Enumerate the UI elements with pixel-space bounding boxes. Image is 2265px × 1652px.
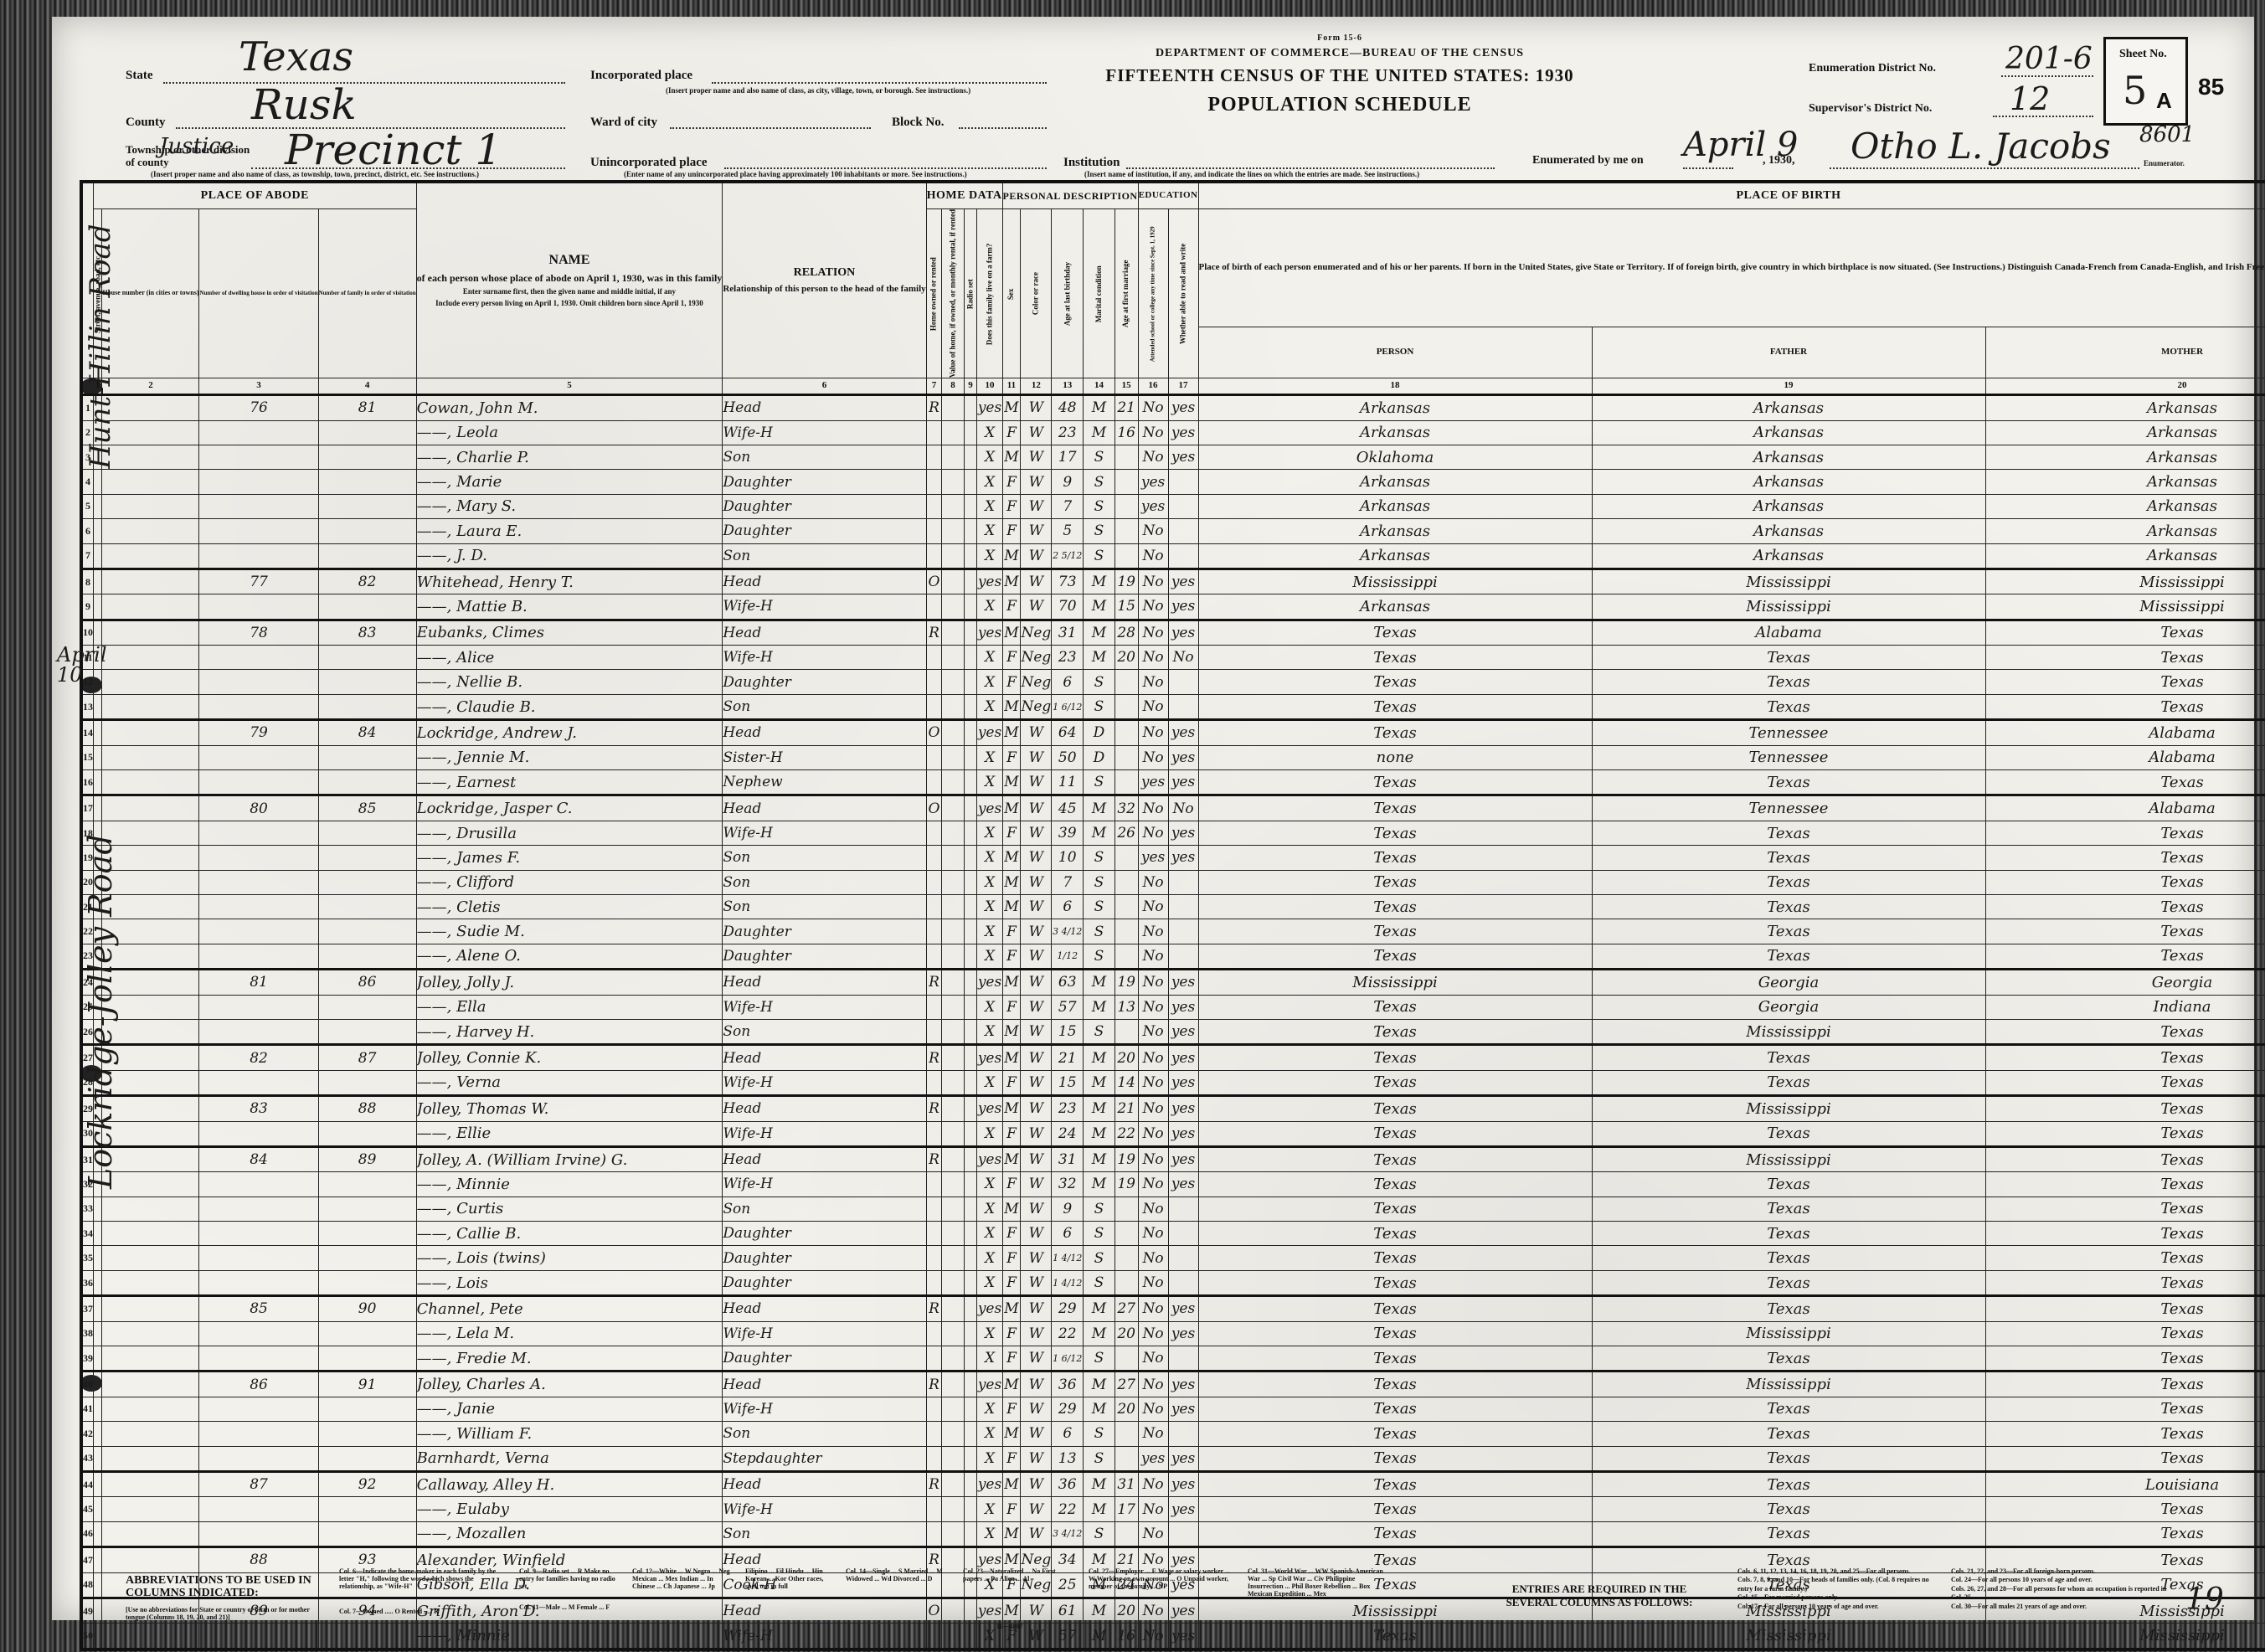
birthplace-father-cell[interactable]: Mississippi (1592, 1019, 1985, 1044)
age-cell[interactable]: 22 (1052, 1321, 1084, 1346)
marital-cell[interactable]: M (1084, 1045, 1114, 1070)
school-cell[interactable]: No (1138, 1598, 1168, 1623)
school-cell[interactable]: No (1138, 646, 1168, 670)
age-first-marriage-cell[interactable]: 32 (1114, 795, 1138, 821)
person-name-cell[interactable]: ——, Minnie (416, 1172, 723, 1197)
read-write-cell[interactable] (1168, 919, 1198, 944)
birthplace-mother-cell[interactable]: Texas (1985, 919, 2265, 944)
age-first-marriage-cell[interactable]: 20 (1114, 1598, 1138, 1623)
birthplace-person-cell[interactable]: Texas (1198, 1471, 1592, 1496)
birthplace-mother-cell[interactable]: Texas (1985, 894, 2265, 919)
age-cell[interactable]: 13 (1052, 1446, 1084, 1471)
relationship-cell[interactable]: Son (723, 894, 926, 919)
race-cell[interactable]: W (1021, 795, 1052, 821)
race-cell[interactable]: W (1021, 919, 1052, 944)
read-write-cell[interactable]: yes (1168, 846, 1198, 870)
sex-cell[interactable]: M (1002, 543, 1021, 569)
radio-cell[interactable] (964, 646, 977, 670)
home-owned-cell[interactable] (926, 470, 942, 494)
school-cell[interactable]: No (1138, 1521, 1168, 1546)
age-cell[interactable]: 9 (1052, 470, 1084, 494)
relationship-cell[interactable]: Son (723, 870, 926, 894)
relationship-cell[interactable]: Daughter (723, 919, 926, 944)
race-cell[interactable]: W (1021, 395, 1052, 420)
sex-cell[interactable]: M (1002, 395, 1021, 420)
birthplace-person-cell[interactable]: Texas (1198, 1121, 1592, 1146)
person-name-cell[interactable]: ——, Mary S. (416, 494, 723, 518)
person-name-cell[interactable]: ——, Callie B. (416, 1222, 723, 1246)
farm-cell[interactable]: yes (977, 1598, 1002, 1623)
birthplace-father-cell[interactable]: Texas (1592, 1497, 1985, 1521)
home-owned-cell[interactable] (926, 1446, 942, 1471)
radio-cell[interactable] (964, 1497, 977, 1521)
family-number-cell[interactable] (318, 470, 416, 494)
age-cell[interactable]: 45 (1052, 795, 1084, 821)
age-cell[interactable]: 31 (1052, 1146, 1084, 1171)
family-number-cell[interactable] (318, 944, 416, 969)
street-cell[interactable] (94, 1397, 102, 1421)
house-number-cell[interactable] (102, 1372, 199, 1397)
age-first-marriage-cell[interactable] (1114, 1197, 1138, 1221)
home-value-cell[interactable] (942, 694, 964, 719)
relationship-cell[interactable]: Daughter (723, 1222, 926, 1246)
home-owned-cell[interactable] (926, 1624, 942, 1649)
relationship-cell[interactable]: Wife-H (723, 646, 926, 670)
farm-cell[interactable]: X (977, 1172, 1002, 1197)
marital-cell[interactable]: M (1084, 1372, 1114, 1397)
age-cell[interactable]: 3 4/12 (1052, 919, 1084, 944)
home-owned-cell[interactable]: R (926, 1296, 942, 1321)
birthplace-father-cell[interactable]: Mississippi (1592, 1372, 1985, 1397)
house-number-cell[interactable] (102, 720, 199, 745)
family-number-cell[interactable] (318, 1019, 416, 1044)
school-cell[interactable]: No (1138, 1121, 1168, 1146)
age-cell[interactable]: 57 (1052, 995, 1084, 1019)
birthplace-father-cell[interactable]: Texas (1592, 1045, 1985, 1070)
street-cell[interactable] (94, 720, 102, 745)
dwelling-number-cell[interactable] (199, 1521, 318, 1546)
read-write-cell[interactable] (1168, 1246, 1198, 1270)
sex-cell[interactable]: M (1002, 1019, 1021, 1044)
person-name-cell[interactable]: Jolley, Jolly J. (416, 970, 723, 995)
dwelling-number-cell[interactable]: 85 (199, 1296, 318, 1321)
birthplace-father-cell[interactable]: Texas (1592, 1172, 1985, 1197)
age-first-marriage-cell[interactable] (1114, 944, 1138, 969)
marital-cell[interactable]: S (1084, 944, 1114, 969)
read-write-cell[interactable] (1168, 519, 1198, 543)
age-cell[interactable]: 23 (1052, 646, 1084, 670)
age-cell[interactable]: 17 (1052, 445, 1084, 469)
age-first-marriage-cell[interactable] (1114, 894, 1138, 919)
age-first-marriage-cell[interactable] (1114, 919, 1138, 944)
birthplace-father-cell[interactable]: Mississippi (1592, 1096, 1985, 1121)
family-number-cell[interactable] (318, 670, 416, 694)
read-write-cell[interactable] (1168, 494, 1198, 518)
school-cell[interactable]: yes (1138, 770, 1168, 795)
read-write-cell[interactable] (1168, 1346, 1198, 1372)
sex-cell[interactable]: F (1002, 919, 1021, 944)
birthplace-person-cell[interactable]: Texas (1198, 894, 1592, 919)
person-name-cell[interactable]: ——, Jennie M. (416, 745, 723, 769)
birthplace-person-cell[interactable]: Arkansas (1198, 543, 1592, 569)
home-owned-cell[interactable] (926, 870, 942, 894)
school-cell[interactable]: No (1138, 620, 1168, 645)
home-value-cell[interactable] (942, 1197, 964, 1221)
marital-cell[interactable]: S (1084, 1446, 1114, 1471)
home-value-cell[interactable] (942, 1270, 964, 1295)
house-number-cell[interactable] (102, 770, 199, 795)
radio-cell[interactable] (964, 694, 977, 719)
age-cell[interactable]: 1 6/12 (1052, 694, 1084, 719)
home-owned-cell[interactable] (926, 1121, 942, 1146)
school-cell[interactable]: No (1138, 944, 1168, 969)
school-cell[interactable]: No (1138, 543, 1168, 569)
home-owned-cell[interactable] (926, 1019, 942, 1044)
birthplace-person-cell[interactable]: Arkansas (1198, 420, 1592, 445)
farm-cell[interactable]: yes (977, 720, 1002, 745)
sex-cell[interactable]: F (1002, 646, 1021, 670)
person-name-cell[interactable]: ——, Laura E. (416, 519, 723, 543)
home-value-cell[interactable] (942, 1096, 964, 1121)
home-owned-cell[interactable] (926, 1246, 942, 1270)
street-cell[interactable] (94, 770, 102, 795)
birthplace-mother-cell[interactable]: Texas (1985, 1521, 2265, 1546)
radio-cell[interactable] (964, 1146, 977, 1171)
person-name-cell[interactable]: ——, Earnest (416, 770, 723, 795)
birthplace-person-cell[interactable]: Texas (1198, 1397, 1592, 1421)
radio-cell[interactable] (964, 594, 977, 620)
race-cell[interactable]: W (1021, 1624, 1052, 1649)
age-cell[interactable]: 21 (1052, 1045, 1084, 1070)
home-value-cell[interactable] (942, 1146, 964, 1171)
street-cell[interactable] (94, 1197, 102, 1221)
marital-cell[interactable]: S (1084, 1246, 1114, 1270)
birthplace-person-cell[interactable]: Texas (1198, 620, 1592, 645)
family-number-cell[interactable] (318, 919, 416, 944)
birthplace-mother-cell[interactable]: Texas (1985, 1372, 2265, 1397)
school-cell[interactable]: No (1138, 519, 1168, 543)
radio-cell[interactable] (964, 970, 977, 995)
sex-cell[interactable]: M (1002, 1372, 1021, 1397)
read-write-cell[interactable] (1168, 944, 1198, 969)
read-write-cell[interactable]: yes (1168, 1121, 1198, 1146)
read-write-cell[interactable]: yes (1168, 1624, 1198, 1649)
age-first-marriage-cell[interactable]: 15 (1114, 594, 1138, 620)
dwelling-number-cell[interactable]: 77 (199, 569, 318, 594)
marital-cell[interactable]: M (1084, 646, 1114, 670)
person-name-cell[interactable]: ——, Mozallen (416, 1521, 723, 1546)
birthplace-person-cell[interactable]: Texas (1198, 646, 1592, 670)
person-name-cell[interactable]: ——, Lois (twins) (416, 1246, 723, 1270)
birthplace-father-cell[interactable]: Texas (1592, 1270, 1985, 1295)
home-owned-cell[interactable] (926, 846, 942, 870)
dwelling-number-cell[interactable] (199, 445, 318, 469)
street-cell[interactable] (94, 1372, 102, 1397)
relationship-cell[interactable]: Wife-H (723, 1070, 926, 1095)
dwelling-number-cell[interactable]: 80 (199, 795, 318, 821)
family-number-cell[interactable]: 87 (318, 1045, 416, 1070)
age-first-marriage-cell[interactable]: 19 (1114, 970, 1138, 995)
family-number-cell[interactable] (318, 1246, 416, 1270)
home-owned-cell[interactable] (926, 745, 942, 769)
read-write-cell[interactable]: yes (1168, 620, 1198, 645)
home-value-cell[interactable] (942, 770, 964, 795)
family-number-cell[interactable] (318, 646, 416, 670)
radio-cell[interactable] (964, 944, 977, 969)
age-cell[interactable]: 23 (1052, 1096, 1084, 1121)
birthplace-father-cell[interactable]: Tennessee (1592, 720, 1985, 745)
birthplace-father-cell[interactable]: Alabama (1592, 620, 1985, 645)
home-value-cell[interactable] (942, 646, 964, 670)
birthplace-mother-cell[interactable]: Texas (1985, 694, 2265, 719)
relationship-cell[interactable]: Wife-H (723, 1497, 926, 1521)
street-cell[interactable] (94, 1497, 102, 1521)
family-number-cell[interactable]: 88 (318, 1096, 416, 1121)
home-owned-cell[interactable] (926, 1197, 942, 1221)
birthplace-father-cell[interactable]: Texas (1592, 1222, 1985, 1246)
birthplace-mother-cell[interactable]: Texas (1985, 1222, 2265, 1246)
birthplace-mother-cell[interactable]: Alabama (1985, 745, 2265, 769)
birthplace-father-cell[interactable]: Tennessee (1592, 795, 1985, 821)
race-cell[interactable]: W (1021, 846, 1052, 870)
dwelling-number-cell[interactable]: 76 (199, 395, 318, 420)
school-cell[interactable]: yes (1138, 1446, 1168, 1471)
birthplace-person-cell[interactable]: Texas (1198, 720, 1592, 745)
marital-cell[interactable]: M (1084, 1624, 1114, 1649)
marital-cell[interactable]: S (1084, 694, 1114, 719)
birthplace-mother-cell[interactable]: Georgia (1985, 970, 2265, 995)
house-number-cell[interactable] (102, 470, 199, 494)
dwelling-number-cell[interactable] (199, 919, 318, 944)
farm-cell[interactable]: yes (977, 795, 1002, 821)
farm-cell[interactable]: X (977, 1321, 1002, 1346)
home-value-cell[interactable] (942, 846, 964, 870)
read-write-cell[interactable]: yes (1168, 1397, 1198, 1421)
birthplace-person-cell[interactable]: Texas (1198, 770, 1592, 795)
dwelling-number-cell[interactable] (199, 1446, 318, 1471)
school-cell[interactable]: No (1138, 1045, 1168, 1070)
sex-cell[interactable]: M (1002, 846, 1021, 870)
dwelling-number-cell[interactable]: 78 (199, 620, 318, 645)
family-number-cell[interactable] (318, 1422, 416, 1446)
birthplace-person-cell[interactable]: Texas (1198, 846, 1592, 870)
street-cell[interactable] (94, 1598, 102, 1623)
birthplace-person-cell[interactable]: Texas (1198, 919, 1592, 944)
race-cell[interactable]: W (1021, 970, 1052, 995)
race-cell[interactable]: W (1021, 1019, 1052, 1044)
farm-cell[interactable]: X (977, 1222, 1002, 1246)
age-cell[interactable]: 32 (1052, 1172, 1084, 1197)
farm-cell[interactable]: X (977, 745, 1002, 769)
person-name-cell[interactable]: ——, William F. (416, 1422, 723, 1446)
birthplace-father-cell[interactable]: Texas (1592, 846, 1985, 870)
family-number-cell[interactable] (318, 770, 416, 795)
marital-cell[interactable]: D (1084, 720, 1114, 745)
sex-cell[interactable]: M (1002, 620, 1021, 645)
person-name-cell[interactable]: Cowan, John M. (416, 395, 723, 420)
birthplace-person-cell[interactable]: Texas (1198, 694, 1592, 719)
marital-cell[interactable]: M (1084, 1471, 1114, 1496)
school-cell[interactable]: No (1138, 594, 1168, 620)
sex-cell[interactable]: F (1002, 1270, 1021, 1295)
sex-cell[interactable]: F (1002, 1321, 1021, 1346)
dwelling-number-cell[interactable] (199, 1422, 318, 1446)
school-cell[interactable]: yes (1138, 846, 1168, 870)
age-cell[interactable]: 9 (1052, 1197, 1084, 1221)
read-write-cell[interactable]: No (1168, 795, 1198, 821)
sex-cell[interactable]: F (1002, 995, 1021, 1019)
home-owned-cell[interactable] (926, 770, 942, 795)
birthplace-mother-cell[interactable]: Texas (1985, 1321, 2265, 1346)
birthplace-mother-cell[interactable]: Texas (1985, 1270, 2265, 1295)
birthplace-father-cell[interactable]: Texas (1592, 694, 1985, 719)
family-number-cell[interactable] (318, 1397, 416, 1421)
age-first-marriage-cell[interactable]: 16 (1114, 1624, 1138, 1649)
sex-cell[interactable]: F (1002, 1070, 1021, 1095)
home-value-cell[interactable] (942, 620, 964, 645)
age-first-marriage-cell[interactable] (1114, 1521, 1138, 1546)
school-cell[interactable]: No (1138, 1070, 1168, 1095)
township-value[interactable]: Precinct 1 (285, 126, 502, 174)
dwelling-number-cell[interactable] (199, 770, 318, 795)
house-number-cell[interactable] (102, 1471, 199, 1496)
birthplace-father-cell[interactable]: Texas (1592, 821, 1985, 845)
farm-cell[interactable]: X (977, 1070, 1002, 1095)
birthplace-mother-cell[interactable]: Texas (1985, 821, 2265, 845)
street-cell[interactable] (94, 1296, 102, 1321)
marital-cell[interactable]: S (1084, 470, 1114, 494)
radio-cell[interactable] (964, 1422, 977, 1446)
school-cell[interactable]: No (1138, 745, 1168, 769)
birthplace-father-cell[interactable]: Texas (1592, 646, 1985, 670)
race-cell[interactable]: W (1021, 720, 1052, 745)
farm-cell[interactable]: X (977, 543, 1002, 569)
age-first-marriage-cell[interactable]: 22 (1114, 1121, 1138, 1146)
birthplace-person-cell[interactable]: Texas (1198, 1096, 1592, 1121)
person-name-cell[interactable]: Barnhardt, Verna (416, 1446, 723, 1471)
race-cell[interactable]: W (1021, 1146, 1052, 1171)
birthplace-person-cell[interactable]: Texas (1198, 1521, 1592, 1546)
home-value-cell[interactable] (942, 1070, 964, 1095)
house-number-cell[interactable] (102, 1270, 199, 1295)
radio-cell[interactable] (964, 919, 977, 944)
radio-cell[interactable] (964, 1246, 977, 1270)
relationship-cell[interactable]: Daughter (723, 944, 926, 969)
home-owned-cell[interactable]: O (926, 795, 942, 821)
home-owned-cell[interactable]: R (926, 620, 942, 645)
dwelling-number-cell[interactable] (199, 1497, 318, 1521)
marital-cell[interactable]: S (1084, 445, 1114, 469)
farm-cell[interactable]: X (977, 420, 1002, 445)
marital-cell[interactable]: S (1084, 1521, 1114, 1546)
sex-cell[interactable]: F (1002, 1346, 1021, 1372)
birthplace-person-cell[interactable]: Texas (1198, 1222, 1592, 1246)
street-cell[interactable] (94, 1222, 102, 1246)
birthplace-person-cell[interactable]: Texas (1198, 1146, 1592, 1171)
read-write-cell[interactable]: yes (1168, 1096, 1198, 1121)
marital-cell[interactable]: D (1084, 745, 1114, 769)
birthplace-father-cell[interactable]: Texas (1592, 1070, 1985, 1095)
age-first-marriage-cell[interactable] (1114, 1446, 1138, 1471)
family-number-cell[interactable] (318, 1497, 416, 1521)
age-cell[interactable]: 7 (1052, 870, 1084, 894)
person-name-cell[interactable]: ——, Leola (416, 420, 723, 445)
home-value-cell[interactable] (942, 1397, 964, 1421)
family-number-cell[interactable] (318, 594, 416, 620)
school-cell[interactable]: No (1138, 894, 1168, 919)
age-first-marriage-cell[interactable]: 27 (1114, 1296, 1138, 1321)
family-number-cell[interactable] (318, 1346, 416, 1372)
school-cell[interactable]: No (1138, 870, 1168, 894)
radio-cell[interactable] (964, 1346, 977, 1372)
home-owned-cell[interactable] (926, 494, 942, 518)
farm-cell[interactable]: X (977, 694, 1002, 719)
read-write-cell[interactable]: yes (1168, 395, 1198, 420)
race-cell[interactable]: Neg (1021, 620, 1052, 645)
marital-cell[interactable]: S (1084, 846, 1114, 870)
family-number-cell[interactable]: 83 (318, 620, 416, 645)
dwelling-number-cell[interactable]: 87 (199, 1471, 318, 1496)
farm-cell[interactable]: X (977, 1270, 1002, 1295)
home-value-cell[interactable] (942, 944, 964, 969)
radio-cell[interactable] (964, 770, 977, 795)
home-owned-cell[interactable] (926, 1346, 942, 1372)
home-value-cell[interactable] (942, 1497, 964, 1521)
relationship-cell[interactable]: Head (723, 1146, 926, 1171)
birthplace-person-cell[interactable]: Arkansas (1198, 470, 1592, 494)
person-name-cell[interactable]: ——, Cletis (416, 894, 723, 919)
birthplace-person-cell[interactable]: Texas (1198, 821, 1592, 845)
dwelling-number-cell[interactable] (199, 670, 318, 694)
read-write-cell[interactable] (1168, 1222, 1198, 1246)
birthplace-father-cell[interactable]: Texas (1592, 770, 1985, 795)
race-cell[interactable]: W (1021, 870, 1052, 894)
read-write-cell[interactable]: yes (1168, 995, 1198, 1019)
relationship-cell[interactable]: Head (723, 1471, 926, 1496)
race-cell[interactable]: W (1021, 1045, 1052, 1070)
marital-cell[interactable]: M (1084, 1146, 1114, 1171)
birthplace-mother-cell[interactable]: Indiana (1985, 995, 2265, 1019)
home-value-cell[interactable] (942, 1372, 964, 1397)
farm-cell[interactable]: X (977, 894, 1002, 919)
birthplace-father-cell[interactable]: Texas (1592, 944, 1985, 969)
radio-cell[interactable] (964, 470, 977, 494)
marital-cell[interactable]: M (1084, 970, 1114, 995)
street-cell[interactable] (94, 519, 102, 543)
age-cell[interactable]: 36 (1052, 1372, 1084, 1397)
race-cell[interactable]: W (1021, 944, 1052, 969)
family-number-cell[interactable] (318, 1197, 416, 1221)
street-cell[interactable] (94, 594, 102, 620)
sex-cell[interactable]: M (1002, 1096, 1021, 1121)
dwelling-number-cell[interactable] (199, 519, 318, 543)
birthplace-father-cell[interactable]: Mississippi (1592, 1146, 1985, 1171)
race-cell[interactable]: W (1021, 1598, 1052, 1623)
family-number-cell[interactable]: 89 (318, 1146, 416, 1171)
state-value[interactable]: Texas (239, 33, 353, 80)
age-first-marriage-cell[interactable] (1114, 1422, 1138, 1446)
birthplace-person-cell[interactable]: Arkansas (1198, 519, 1592, 543)
age-first-marriage-cell[interactable] (1114, 1270, 1138, 1295)
farm-cell[interactable]: yes (977, 1471, 1002, 1496)
family-number-cell[interactable] (318, 445, 416, 469)
age-cell[interactable]: 1/12 (1052, 944, 1084, 969)
home-value-cell[interactable] (942, 1598, 964, 1623)
marital-cell[interactable]: S (1084, 494, 1114, 518)
street-cell[interactable] (94, 1270, 102, 1295)
home-owned-cell[interactable]: O (926, 720, 942, 745)
farm-cell[interactable]: X (977, 445, 1002, 469)
